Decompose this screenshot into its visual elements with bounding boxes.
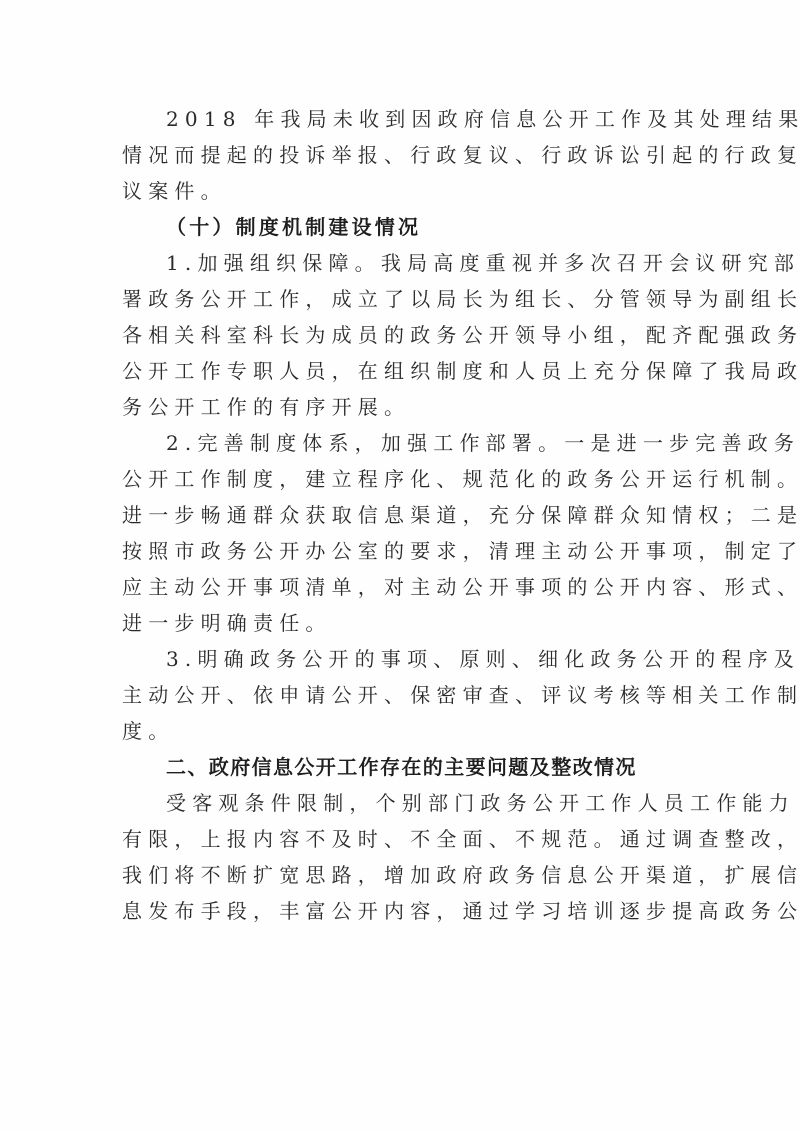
document-page: 2018 年我局未收到因政府信息公开工作及其处理结果 情况而提起的投诉举报、行政… <box>0 0 800 1130</box>
text-line: 3.明确政务公开的事项、原则、细化政务公开的程序及 <box>122 641 682 677</box>
paragraph-item-1: 1.加强组织保障。我局高度重视并多次召开会议研究部 署政务公开工作，成立了以局长… <box>122 245 682 425</box>
text-line: 息发布手段，丰富公开内容，通过学习培训逐步提高政务公 <box>122 893 682 929</box>
paragraph-problems: 受客观条件限制，个别部门政务公开工作人员工作能力 有限，上报内容不及时、不全面、… <box>122 785 682 929</box>
text-line: 公开工作专职人员，在组织制度和人员上充分保障了我局政 <box>122 353 682 389</box>
text-line: 2018 年我局未收到因政府信息公开工作及其处理结果 <box>122 101 682 137</box>
document-body: 2018 年我局未收到因政府信息公开工作及其处理结果 情况而提起的投诉举报、行政… <box>122 101 682 929</box>
text-line: 务公开工作的有序开展。 <box>122 389 682 425</box>
paragraph-complaints: 2018 年我局未收到因政府信息公开工作及其处理结果 情况而提起的投诉举报、行政… <box>122 101 682 209</box>
section-heading-problems: 二、政府信息公开工作存在的主要问题及整改情况 <box>122 749 682 785</box>
text-line: 我们将不断扩宽思路，增加政府政务信息公开渠道，扩展信 <box>122 857 682 893</box>
text-line: 有限，上报内容不及时、不全面、不规范。通过调查整改， <box>122 821 682 857</box>
paragraph-item-2: 2.完善制度体系，加强工作部署。一是进一步完善政务 公开工作制度，建立程序化、规… <box>122 425 682 641</box>
text-line: 度。 <box>122 713 682 749</box>
subheading-mechanism: （十）制度机制建设情况 <box>122 209 682 245</box>
text-line: 1.加强组织保障。我局高度重视并多次召开会议研究部 <box>122 245 682 281</box>
text-line: 进一步畅通群众获取信息渠道，充分保障群众知情权；二是 <box>122 497 682 533</box>
text-line: 议案件。 <box>122 173 682 209</box>
text-line: 进一步明确责任。 <box>122 605 682 641</box>
text-line: 各相关科室科长为成员的政务公开领导小组，配齐配强政务 <box>122 317 682 353</box>
text-line: 公开工作制度，建立程序化、规范化的政务公开运行机制。 <box>122 461 682 497</box>
paragraph-item-3: 3.明确政务公开的事项、原则、细化政务公开的程序及 主动公开、依申请公开、保密审… <box>122 641 682 749</box>
text-line: 按照市政务公开办公室的要求，清理主动公开事项，制定了 <box>122 533 682 569</box>
text-line: 2.完善制度体系，加强工作部署。一是进一步完善政务 <box>122 425 682 461</box>
text-line: 应主动公开事项清单，对主动公开事项的公开内容、形式、 <box>122 569 682 605</box>
text-line: 署政务公开工作，成立了以局长为组长、分管领导为副组长、 <box>122 281 682 317</box>
text-line: 受客观条件限制，个别部门政务公开工作人员工作能力 <box>122 785 682 821</box>
text-line: 情况而提起的投诉举报、行政复议、行政诉讼引起的行政复 <box>122 137 682 173</box>
text-line: 主动公开、依申请公开、保密审查、评议考核等相关工作制 <box>122 677 682 713</box>
